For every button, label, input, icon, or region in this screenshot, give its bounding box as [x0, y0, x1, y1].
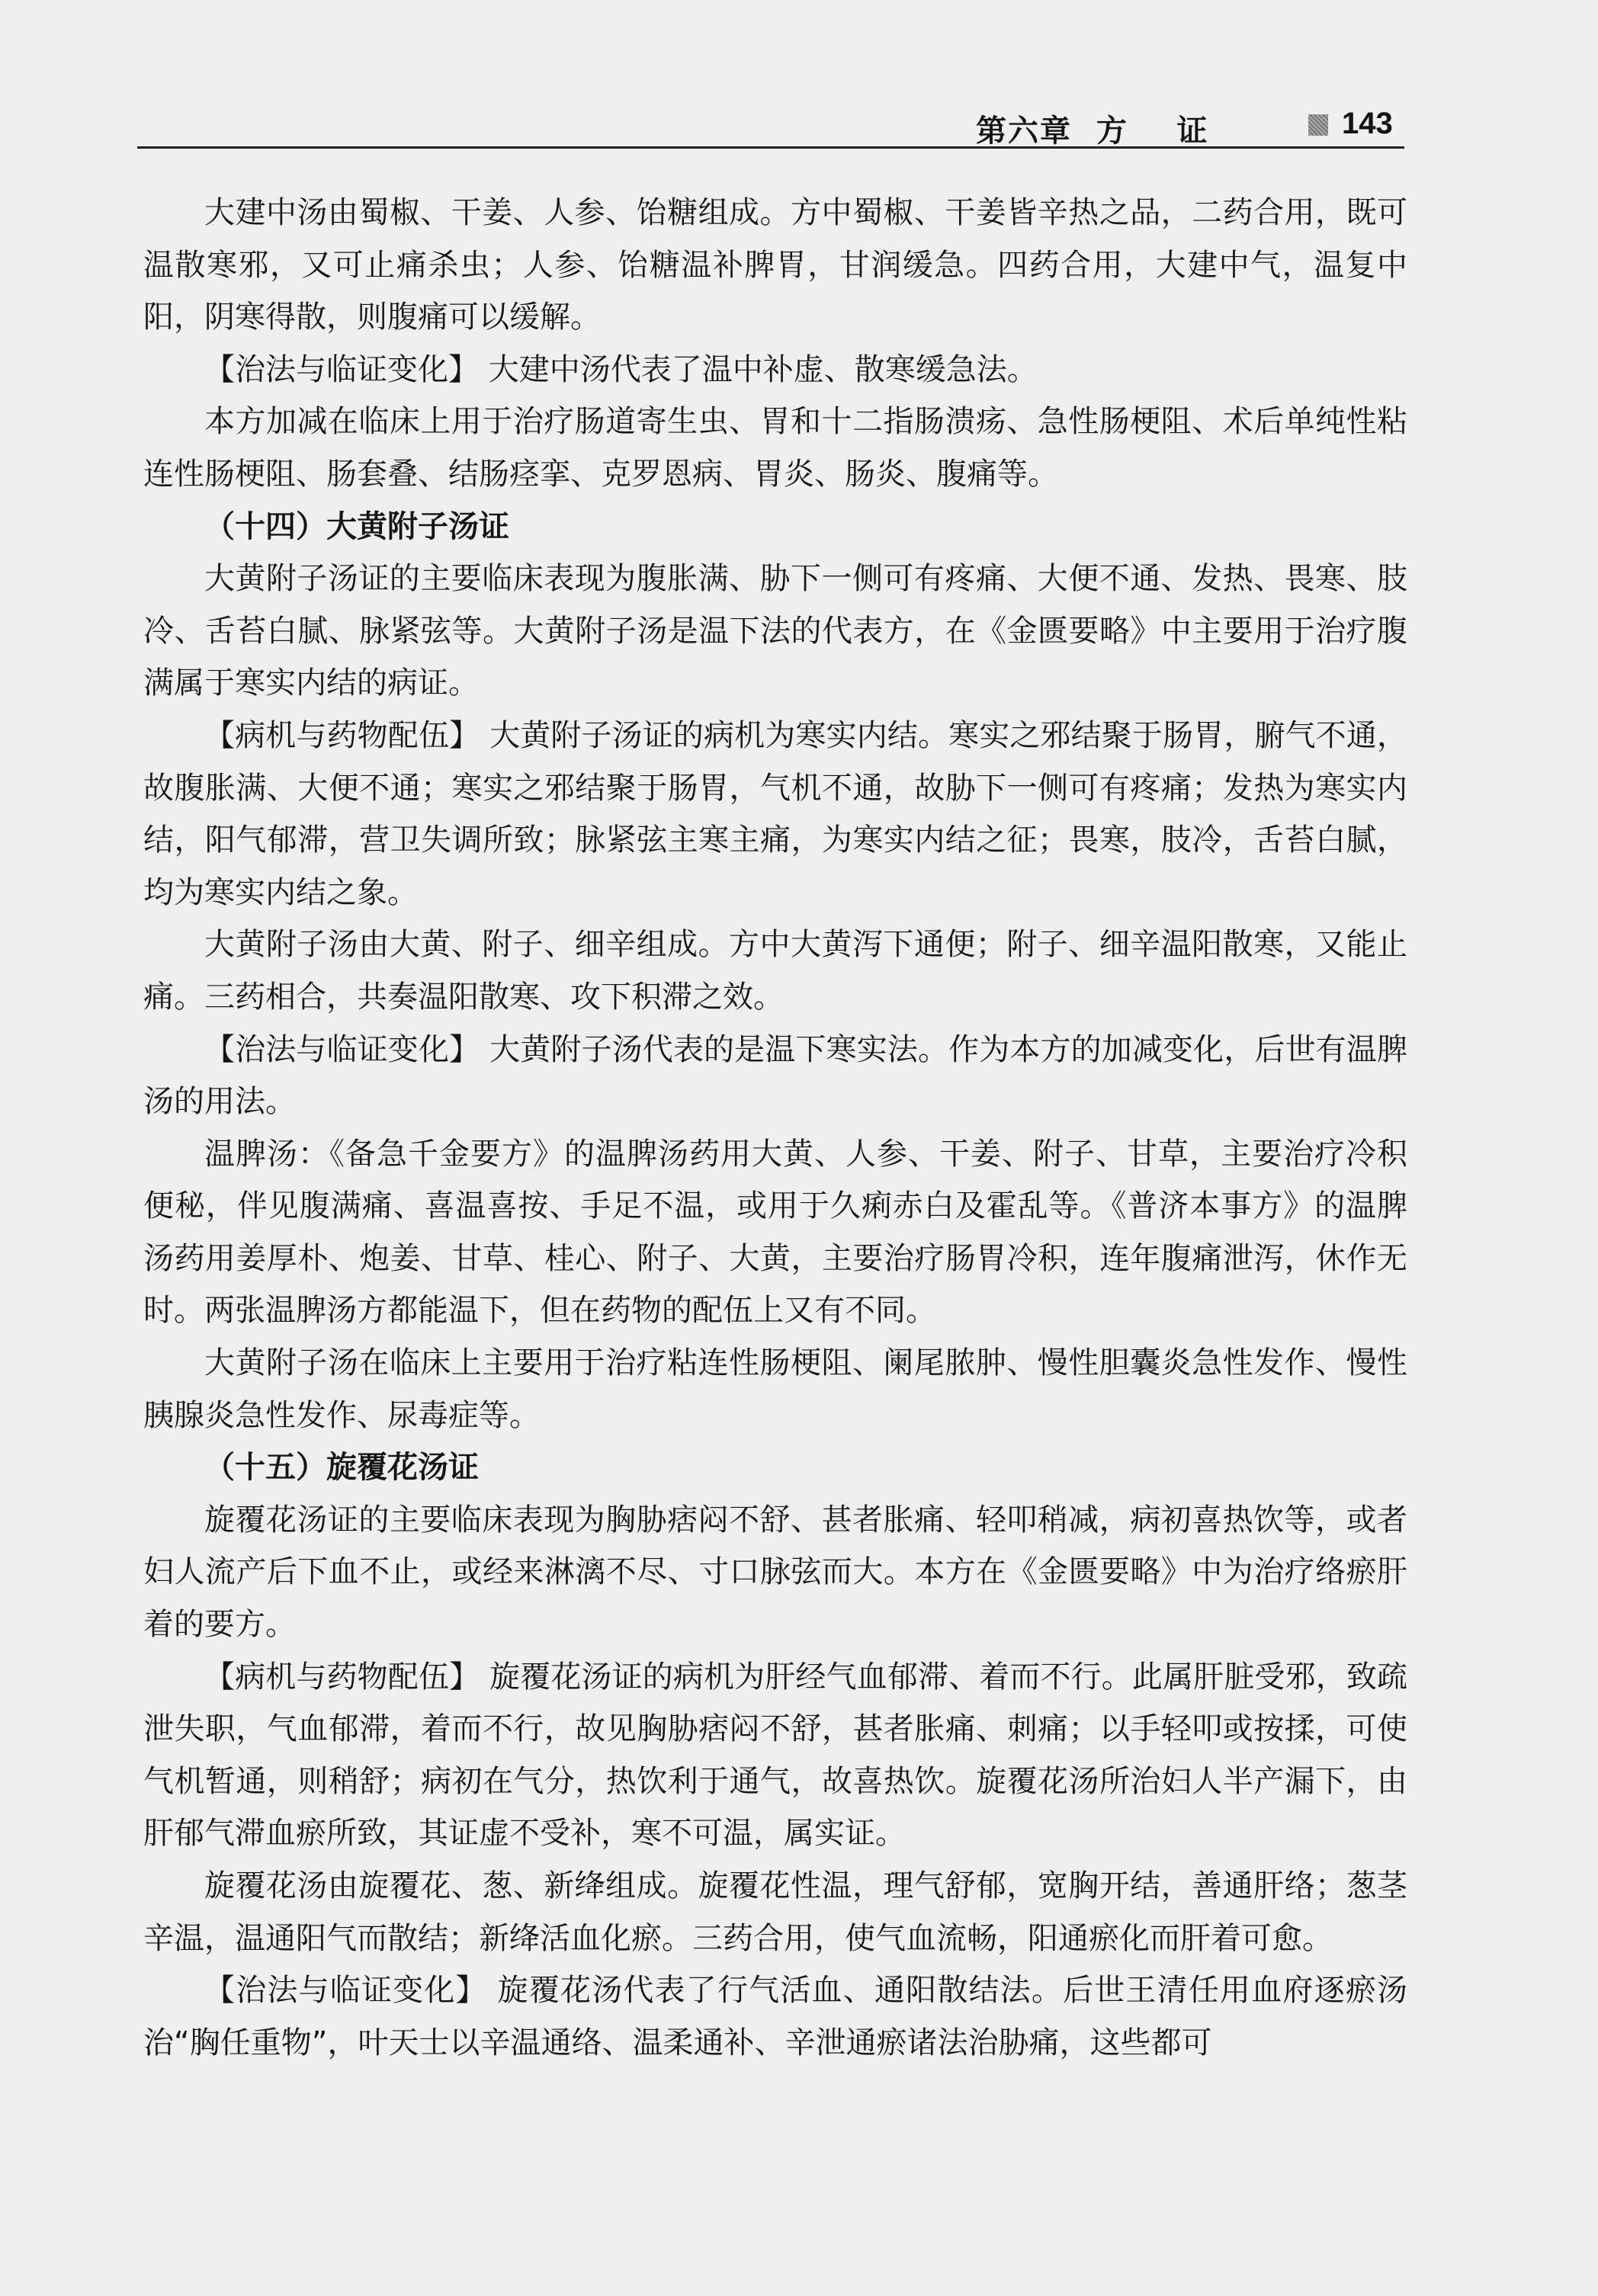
paragraph: 大黄附子汤在临床上主要用于治疗粘连性肠梗阻、阑尾脓肿、慢性胆囊炎急性发作、慢性胰…	[143, 1337, 1407, 1441]
paragraph: 【病机与药物配伍】 旋覆花汤证的病机为肝经气血郁滞、着而不行。此属肝脏受邪，致疏…	[143, 1651, 1407, 1860]
subsection-tag: 【病机与药物配伍】	[204, 1659, 480, 1695]
page-marker-square-icon	[1308, 114, 1328, 136]
paragraph: 【治法与临证变化】 大黄附子汤代表的是温下寒实法。作为本方的加减变化，后世有温脾…	[143, 1024, 1407, 1128]
paragraph: 旋覆花汤证的主要临床表现为胸胁痞闷不舒、甚者胀痛、轻叩稍减，病初喜热饮等，或者妇…	[143, 1494, 1407, 1651]
subsection-tag: 【治法与临证变化】	[204, 1032, 480, 1067]
header-rule	[137, 146, 1404, 149]
section-heading: （十五）旋覆花汤证	[143, 1441, 1407, 1494]
paragraph: 旋覆花汤由旋覆花、葱、新绛组成。旋覆花性温，理气舒郁，宽胸开结，善通肝络；葱茎辛…	[143, 1860, 1407, 1964]
chapter-title: 第六章 方 证	[976, 107, 1209, 150]
paragraph: 大黄附子汤证的主要临床表现为腹胀满、胁下一侧可有疼痛、大便不通、发热、畏寒、肢冷…	[143, 553, 1407, 710]
paragraph: 本方加减在临床上用于治疗肠道寄生虫、胃和十二指肠溃疡、急性肠梗阻、术后单纯性粘连…	[143, 396, 1407, 500]
paragraph: 温脾汤：《备急千金要方》的温脾汤药用大黄、人参、干姜、附子、甘草，主要治疗冷积便…	[143, 1128, 1407, 1337]
running-header: 第六章 方 证 143	[137, 107, 1403, 146]
page-number: 143	[1342, 107, 1393, 141]
subsection-tag: 【治法与临证变化】	[204, 1973, 487, 2008]
page-body: 大建中汤由蜀椒、干姜、人参、饴糖组成。方中蜀椒、干姜皆辛热之品，二药合用，既可温…	[143, 187, 1407, 2069]
paragraph: 【治法与临证变化】 大建中汤代表了温中补虚、散寒缓急法。	[143, 344, 1407, 396]
section-heading: （十四）大黄附子汤证	[143, 501, 1407, 553]
subsection-tag: 【治法与临证变化】	[204, 352, 479, 387]
paragraph: 大黄附子汤由大黄、附子、细辛组成。方中大黄泻下通便；附子、细辛温阳散寒，又能止痛…	[143, 919, 1407, 1023]
subsection-tag: 【病机与药物配伍】	[204, 718, 480, 753]
paragraph: 大建中汤由蜀椒、干姜、人参、饴糖组成。方中蜀椒、干姜皆辛热之品，二药合用，既可温…	[143, 187, 1407, 344]
paragraph: 【病机与药物配伍】 大黄附子汤证的病机为寒实内结。寒实之邪结聚于肠胃，腑气不通，…	[143, 710, 1407, 919]
paragraph: 【治法与临证变化】 旋覆花汤代表了行气活血、通阳散结法。后世王清任用血府逐瘀汤治…	[143, 1964, 1407, 2069]
